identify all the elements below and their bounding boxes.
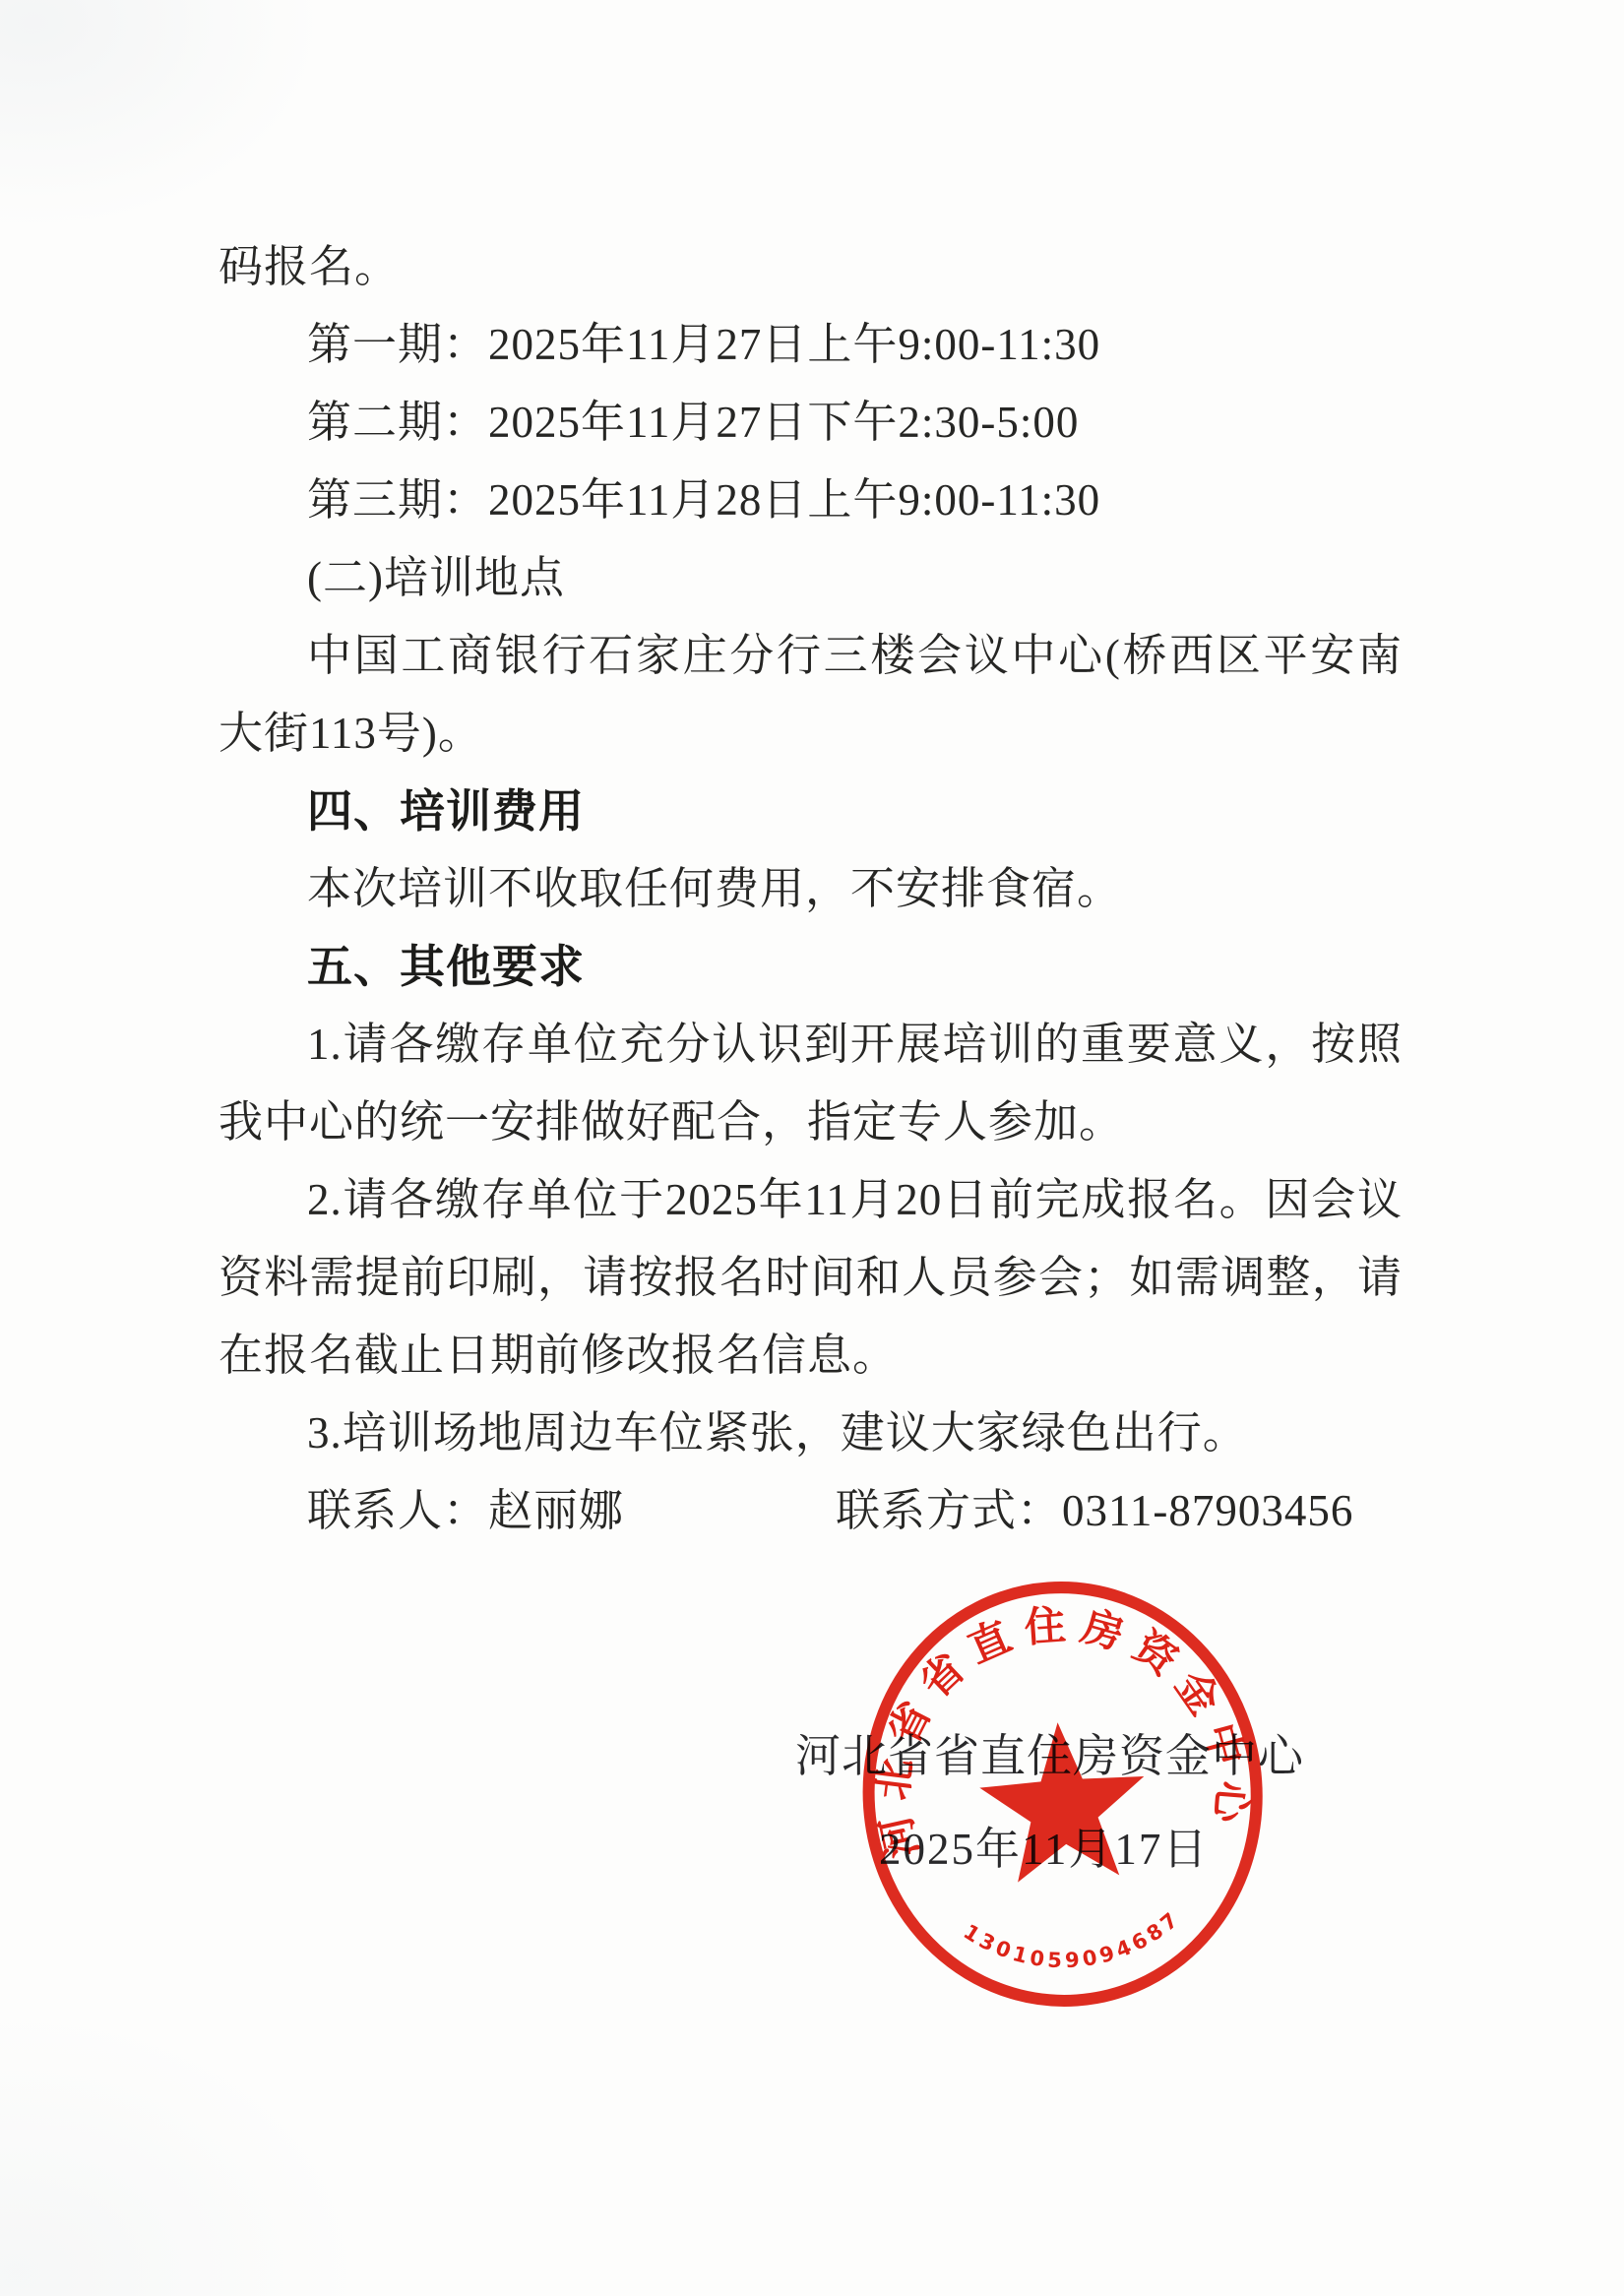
document-page: 码报名。 第一期：2025年11月27日上午9:00-11:30 第二期：202… bbox=[0, 0, 1624, 2296]
contact-method: 联系方式：0311-87903456 bbox=[836, 1486, 1353, 1535]
doc-line-session-3: 第三期：2025年11月28日上午9:00-11:30 bbox=[219, 462, 1403, 539]
doc-line-req2-a: 2.请各缴存单位于2025年11月20日前完成报名。因会议 bbox=[219, 1161, 1403, 1239]
doc-line-req2-c: 在报名截止日期前修改报名信息。 bbox=[219, 1317, 1403, 1395]
doc-line-continuation: 码报名。 bbox=[219, 228, 1403, 306]
doc-line-address-1: 中国工商银行石家庄分行三楼会议中心(桥西区平安南 bbox=[219, 617, 1403, 695]
doc-line-fee: 本次培训不收取任何费用，不安排食宿。 bbox=[219, 850, 1403, 928]
doc-line-address-2: 大街113号)。 bbox=[219, 695, 1403, 773]
doc-line-session-2: 第二期：2025年11月27日下午2:30-5:00 bbox=[219, 384, 1403, 462]
doc-line-req1-a: 1.请各缴存单位充分认识到开展培训的重要意义，按照 bbox=[219, 1006, 1403, 1084]
doc-line-session-1: 第一期：2025年11月27日上午9:00-11:30 bbox=[219, 306, 1403, 384]
doc-line-req1-b: 我中心的统一安排做好配合，指定专人参加。 bbox=[219, 1084, 1403, 1161]
section-heading-fee: 四、培训费用 bbox=[219, 773, 1403, 850]
official-seal: 河北省省直住房资金中心 1301059094687 bbox=[816, 1547, 1310, 2051]
doc-line-req3: 3.培训场地周边车位紧张，建议大家绿色出行。 bbox=[219, 1395, 1403, 1472]
doc-line-req2-b: 资料需提前印刷，请按报名时间和人员参会；如需调整，请 bbox=[219, 1239, 1403, 1317]
seal-graphic: 河北省省直住房资金中心 1301059094687 bbox=[816, 1547, 1310, 2051]
seal-number-label: 1301059094687 bbox=[958, 1905, 1188, 1980]
document-body: 码报名。 第一期：2025年11月27日上午9:00-11:30 第二期：202… bbox=[219, 228, 1403, 1550]
doc-subheading-location: (二)培训地点 bbox=[219, 539, 1403, 617]
seal-star-icon bbox=[975, 1716, 1151, 1884]
seal-number-textpath: 1301059094687 bbox=[958, 1905, 1188, 1980]
section-heading-other: 五、其他要求 bbox=[219, 928, 1403, 1006]
contact-person: 联系人：赵丽娜 bbox=[307, 1486, 624, 1535]
contact-line: 联系人：赵丽娜联系方式：0311-87903456 bbox=[219, 1472, 1403, 1550]
